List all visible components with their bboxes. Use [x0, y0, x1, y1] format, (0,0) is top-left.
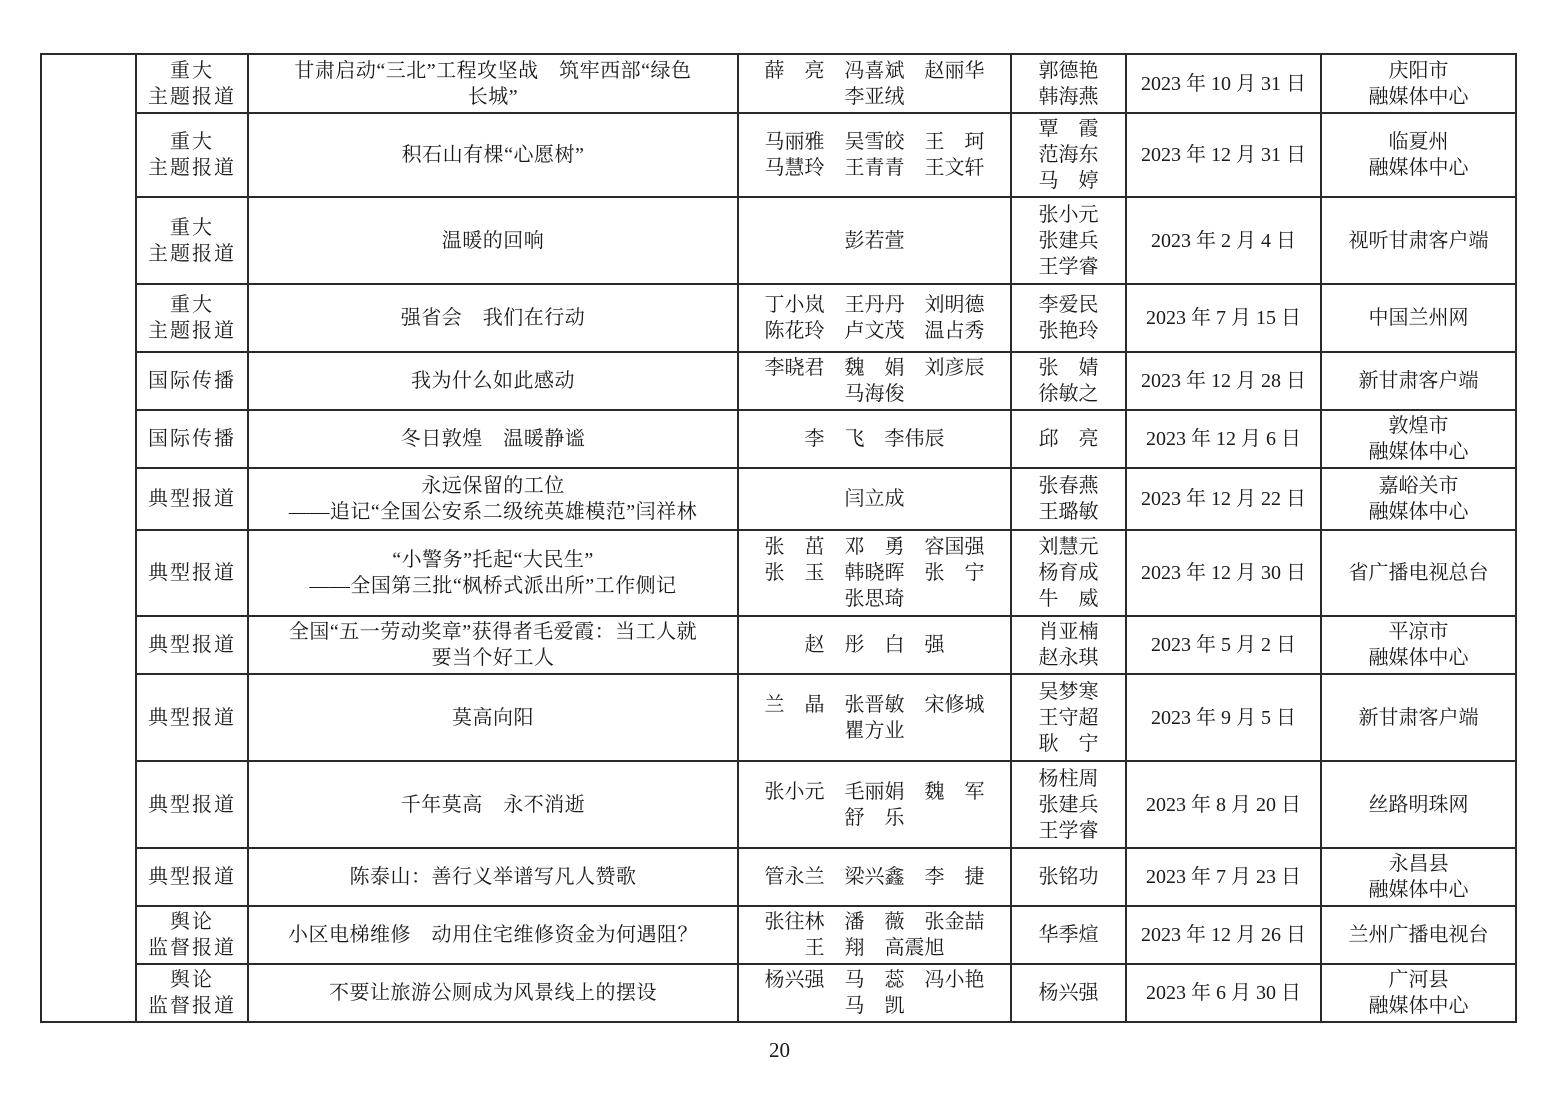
date-cell: 2023 年 5 月 2 日 [1126, 616, 1321, 674]
date-cell: 2023 年 12 月 28 日 [1126, 352, 1321, 410]
table-row: 典型报道千年莫高 永不消逝张小元 毛丽娟 魏 军 舒 乐杨柱周 张建兵 王学睿2… [41, 761, 1516, 848]
org-cell: 嘉峪关市 融媒体中心 [1321, 468, 1516, 530]
authors-cell: 赵 彤 白 强 [738, 616, 1011, 674]
org-cell: 临夏州 融媒体中心 [1321, 113, 1516, 197]
org-cell: 平凉市 融媒体中心 [1321, 616, 1516, 674]
editors-cell: 肖亚楠 赵永琪 [1011, 616, 1126, 674]
table-row: 典型报道永远保留的工位 ——追记“全国公安系二级统英雄模范”闫祥林闫立成张春燕 … [41, 468, 1516, 530]
category-cell: 舆论 监督报道 [136, 964, 248, 1022]
title-cell: 我为什么如此感动 [248, 352, 738, 410]
date-cell: 2023 年 6 月 30 日 [1126, 964, 1321, 1022]
authors-cell: 张 茁 邓 勇 容国强 张 玉 韩晓晖 张 宁 张思琦 [738, 530, 1011, 616]
title-cell: 永远保留的工位 ——追记“全国公安系二级统英雄模范”闫祥林 [248, 468, 738, 530]
editors-cell: 李爱民 张艳玲 [1011, 284, 1126, 352]
table-row: 典型报道全国“五一劳动奖章”获得者毛爱霞：当工人就 要当个好工人赵 彤 白 强肖… [41, 616, 1516, 674]
table-row: 舆论 监督报道小区电梯维修 动用住宅维修资金为何遇阻？张往林 潘 薇 张金喆 王… [41, 906, 1516, 964]
editors-cell: 杨柱周 张建兵 王学睿 [1011, 761, 1126, 848]
date-cell: 2023 年 12 月 31 日 [1126, 113, 1321, 197]
date-cell: 2023 年 12 月 26 日 [1126, 906, 1321, 964]
category-cell: 典型报道 [136, 761, 248, 848]
authors-cell: 管永兰 梁兴鑫 李 捷 [738, 848, 1011, 906]
org-cell: 永昌县 融媒体中心 [1321, 848, 1516, 906]
date-cell: 2023 年 10 月 31 日 [1126, 54, 1321, 113]
table-row: 重大 主题报道强省会 我们在行动丁小岚 王丹丹 刘明德 陈花玲 卢文茂 温占秀李… [41, 284, 1516, 352]
title-cell: 冬日敦煌 温暖静谧 [248, 410, 738, 468]
title-cell: 强省会 我们在行动 [248, 284, 738, 352]
title-cell: 千年莫高 永不消逝 [248, 761, 738, 848]
authors-cell: 张往林 潘 薇 张金喆 王 翔 高震旭 [738, 906, 1011, 964]
table-row: 重大 主题报道甘肃启动“三北”工程攻坚战 筑牢西部“绿色 长城”薛 亮 冯喜斌 … [41, 54, 1516, 113]
category-cell: 重大 主题报道 [136, 197, 248, 284]
table-row: 国际传播我为什么如此感动李晓君 魏 娟 刘彦辰 马海俊张 婧 徐敏之2023 年… [41, 352, 1516, 410]
org-cell: 视听甘肃客户端 [1321, 197, 1516, 284]
authors-cell: 薛 亮 冯喜斌 赵丽华 李亚绒 [738, 54, 1011, 113]
title-cell: 甘肃启动“三北”工程攻坚战 筑牢西部“绿色 长城” [248, 54, 738, 113]
authors-cell: 杨兴强 马 蕊 冯小艳 马 凯 [738, 964, 1011, 1022]
authors-cell: 李 飞 李伟辰 [738, 410, 1011, 468]
date-cell: 2023 年 12 月 6 日 [1126, 410, 1321, 468]
org-cell: 中国兰州网 [1321, 284, 1516, 352]
date-cell: 2023 年 2 月 4 日 [1126, 197, 1321, 284]
table-row: 典型报道莫高向阳兰 晶 张晋敏 宋修城 瞿方业吴梦寒 王守超 耿 宁2023 年… [41, 674, 1516, 761]
authors-cell: 兰 晶 张晋敏 宋修城 瞿方业 [738, 674, 1011, 761]
table-row: 典型报道陈泰山：善行义举谱写凡人赞歌管永兰 梁兴鑫 李 捷张铭功2023 年 7… [41, 848, 1516, 906]
table-row: 舆论 监督报道不要让旅游公厕成为风景线上的摆设杨兴强 马 蕊 冯小艳 马 凯杨兴… [41, 964, 1516, 1022]
org-cell: 新甘肃客户端 [1321, 352, 1516, 410]
org-cell: 广河县 融媒体中心 [1321, 964, 1516, 1022]
category-cell: 国际传播 [136, 352, 248, 410]
table-row: 重大 主题报道温暖的回响彭若萱张小元 张建兵 王学睿2023 年 2 月 4 日… [41, 197, 1516, 284]
date-cell: 2023 年 12 月 30 日 [1126, 530, 1321, 616]
authors-cell: 李晓君 魏 娟 刘彦辰 马海俊 [738, 352, 1011, 410]
editors-cell: 吴梦寒 王守超 耿 宁 [1011, 674, 1126, 761]
category-cell: 重大 主题报道 [136, 113, 248, 197]
category-cell: 典型报道 [136, 616, 248, 674]
editors-cell: 张小元 张建兵 王学睿 [1011, 197, 1126, 284]
date-cell: 2023 年 8 月 20 日 [1126, 761, 1321, 848]
title-cell: 不要让旅游公厕成为风景线上的摆设 [248, 964, 738, 1022]
editors-cell: 华季煊 [1011, 906, 1126, 964]
category-cell: 重大 主题报道 [136, 54, 248, 113]
editors-cell: 杨兴强 [1011, 964, 1126, 1022]
category-cell: 典型报道 [136, 848, 248, 906]
org-cell: 丝路明珠网 [1321, 761, 1516, 848]
table-row: 国际传播冬日敦煌 温暖静谧李 飞 李伟辰邱 亮2023 年 12 月 6 日敦煌… [41, 410, 1516, 468]
title-cell: 全国“五一劳动奖章”获得者毛爱霞：当工人就 要当个好工人 [248, 616, 738, 674]
page-number: 20 [0, 1038, 1559, 1063]
awards-table-body: 重大 主题报道甘肃启动“三北”工程攻坚战 筑牢西部“绿色 长城”薛 亮 冯喜斌 … [41, 54, 1516, 1022]
editors-cell: 覃 霞 范海东 马 婷 [1011, 113, 1126, 197]
editors-cell: 郭德艳 韩海燕 [1011, 54, 1126, 113]
table-row: 重大 主题报道积石山有棵“心愿树”马丽雅 吴雪皎 王 珂 马慧玲 王青青 王文轩… [41, 113, 1516, 197]
date-cell: 2023 年 12 月 22 日 [1126, 468, 1321, 530]
date-cell: 2023 年 7 月 23 日 [1126, 848, 1321, 906]
authors-cell: 张小元 毛丽娟 魏 军 舒 乐 [738, 761, 1011, 848]
authors-cell: 马丽雅 吴雪皎 王 珂 马慧玲 王青青 王文轩 [738, 113, 1011, 197]
date-cell: 2023 年 7 月 15 日 [1126, 284, 1321, 352]
title-cell: 温暖的回响 [248, 197, 738, 284]
org-cell: 省广播电视总台 [1321, 530, 1516, 616]
editors-cell: 邱 亮 [1011, 410, 1126, 468]
authors-cell: 彭若萱 [738, 197, 1011, 284]
category-cell: 重大 主题报道 [136, 284, 248, 352]
editors-cell: 张铭功 [1011, 848, 1126, 906]
org-cell: 敦煌市 融媒体中心 [1321, 410, 1516, 468]
title-cell: “小警务”托起“大民生” ——全国第三批“枫桥式派出所”工作侧记 [248, 530, 738, 616]
editors-cell: 张春燕 王璐敏 [1011, 468, 1126, 530]
category-cell: 典型报道 [136, 530, 248, 616]
authors-cell: 闫立成 [738, 468, 1011, 530]
awards-table: 重大 主题报道甘肃启动“三北”工程攻坚战 筑牢西部“绿色 长城”薛 亮 冯喜斌 … [40, 53, 1517, 1023]
title-cell: 积石山有棵“心愿树” [248, 113, 738, 197]
title-cell: 莫高向阳 [248, 674, 738, 761]
title-cell: 小区电梯维修 动用住宅维修资金为何遇阻？ [248, 906, 738, 964]
award-level-empty-cell [41, 54, 136, 1022]
category-cell: 典型报道 [136, 674, 248, 761]
editors-cell: 刘慧元 杨育成 牛 威 [1011, 530, 1126, 616]
title-cell: 陈泰山：善行义举谱写凡人赞歌 [248, 848, 738, 906]
document-page: 重大 主题报道甘肃启动“三北”工程攻坚战 筑牢西部“绿色 长城”薛 亮 冯喜斌 … [0, 0, 1559, 1102]
org-cell: 兰州广播电视台 [1321, 906, 1516, 964]
org-cell: 庆阳市 融媒体中心 [1321, 54, 1516, 113]
category-cell: 舆论 监督报道 [136, 906, 248, 964]
authors-cell: 丁小岚 王丹丹 刘明德 陈花玲 卢文茂 温占秀 [738, 284, 1011, 352]
editors-cell: 张 婧 徐敏之 [1011, 352, 1126, 410]
date-cell: 2023 年 9 月 5 日 [1126, 674, 1321, 761]
table-row: 典型报道“小警务”托起“大民生” ——全国第三批“枫桥式派出所”工作侧记张 茁 … [41, 530, 1516, 616]
category-cell: 国际传播 [136, 410, 248, 468]
org-cell: 新甘肃客户端 [1321, 674, 1516, 761]
category-cell: 典型报道 [136, 468, 248, 530]
